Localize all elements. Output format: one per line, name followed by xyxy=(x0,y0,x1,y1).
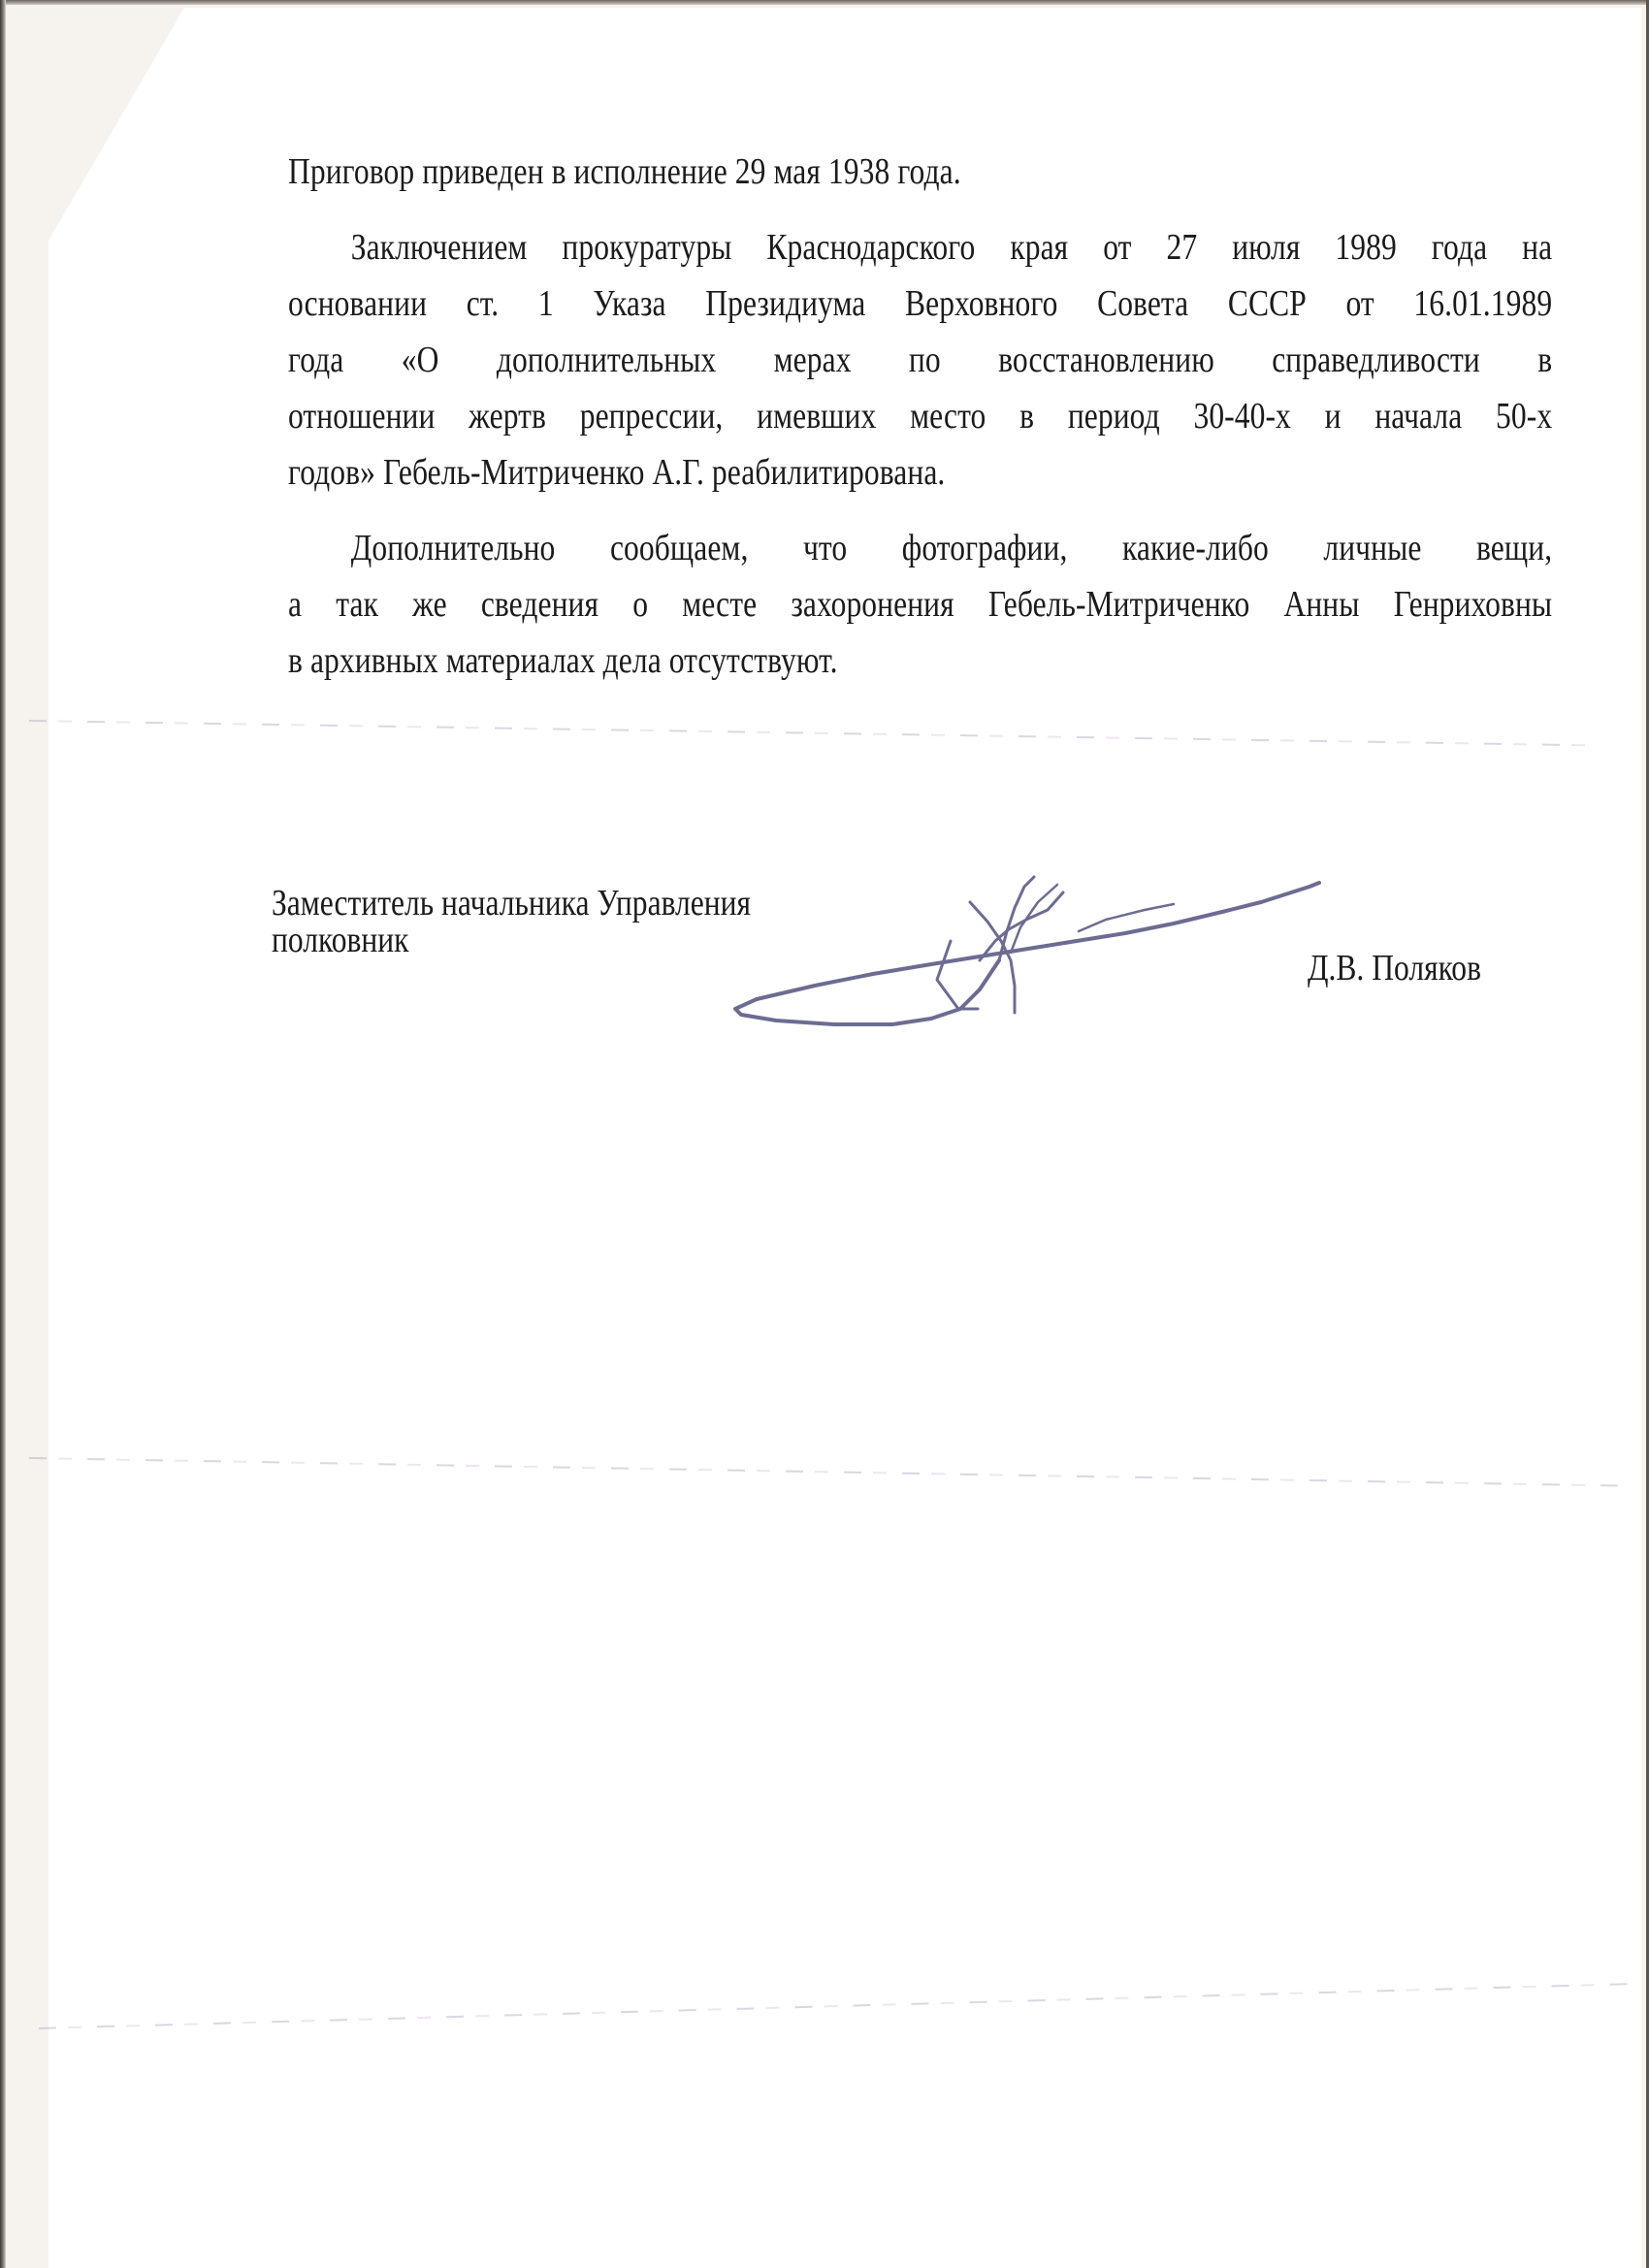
paragraph-line: отношении жертв репрессии, имевших место… xyxy=(288,388,1552,444)
paragraph-line: а так же сведения о месте захоронения Ге… xyxy=(288,576,1552,632)
scan-edge-left xyxy=(0,0,6,2268)
signatory-name: Д.В. Поляков xyxy=(1308,947,1481,989)
scan-edge-top xyxy=(0,0,1649,5)
signatory-position: Заместитель начальника Управления xyxy=(272,885,751,922)
paragraph-line: Приговор приведен в исполнение 29 мая 19… xyxy=(288,144,1552,200)
handwritten-signature-icon xyxy=(718,863,1377,1038)
paragraph-line: годов» Гебель-Митриченко А.Г. реабилитир… xyxy=(288,444,1552,501)
signatory-rank: полковник xyxy=(272,922,751,958)
letter-body: Приговор приведен в исполнение 29 мая 19… xyxy=(288,144,1552,689)
paragraph-line: Заключением прокуратуры Краснодарского к… xyxy=(288,219,1552,275)
paragraph-line: года «О дополнительных мерах по восстано… xyxy=(288,332,1552,388)
paragraph-line: в архивных материалах дела отсутствуют. xyxy=(288,632,1552,689)
paragraph-line: основании ст. 1 Указа Президиума Верховн… xyxy=(288,275,1552,332)
paragraph-line: Дополнительно сообщаем, что фотографии, … xyxy=(288,520,1552,576)
